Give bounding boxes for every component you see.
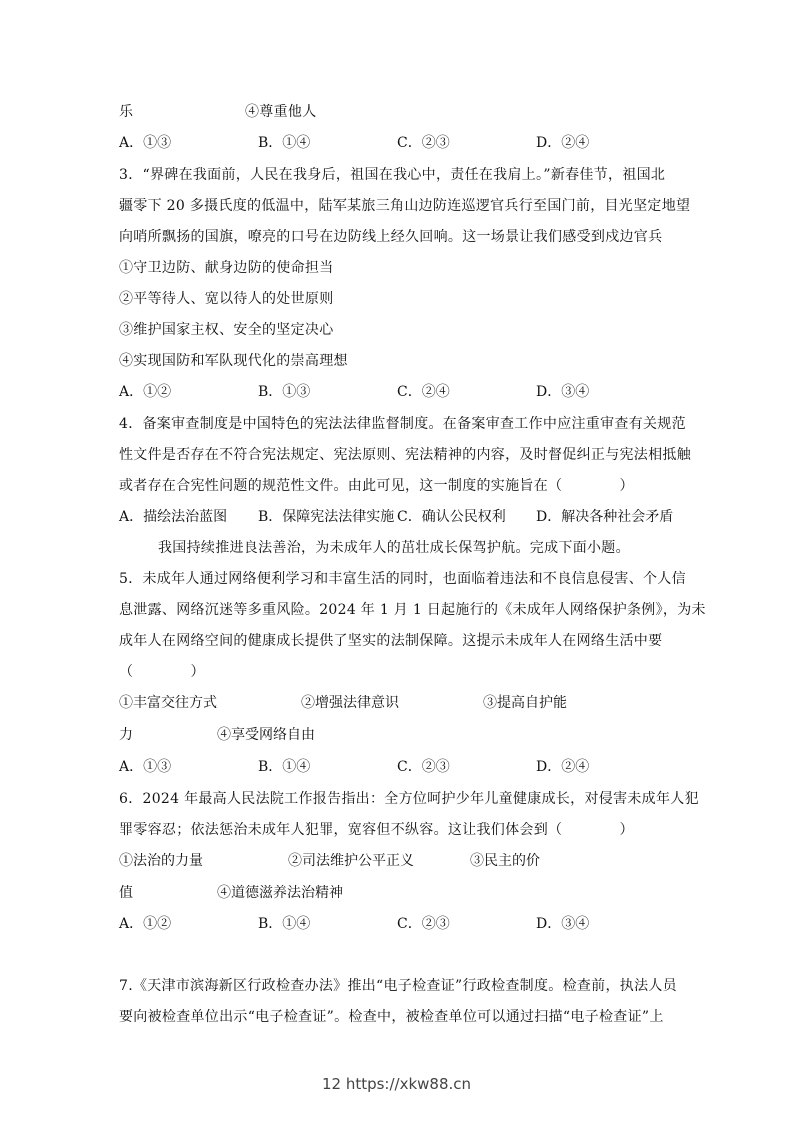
question-7-stem-line: 要向被检查单位出示“电子检查证”。检查中，被检查单位可以通过扫描“电子检查证”上 [119, 1007, 664, 1027]
question-6-item-4: ④道德滋养法治精神 [217, 883, 343, 903]
question-3-stem-line: 疆零下 20 多摄氏度的低温中，陆军某旅三角山边防连巡逻官兵行至国门前，目光坚定… [119, 196, 690, 216]
page-footer: 12 https://xkw88.cn [0, 1072, 793, 1096]
option-b: B．①④ [258, 757, 310, 777]
option-b: B．保障宪法法律实施 [258, 507, 394, 527]
question-3-stem-line: 向哨所飘扬的国旗，嘹亮的口号在边防线上经久回响。这一场景让我们感受到戍边官兵 [119, 227, 662, 247]
question-4-stem-line: 性文件是否存在不符合宪法规定、宪法原则、宪法精神的内容，及时督促纠正与宪法相抵触 [119, 445, 691, 465]
question-3-item-1: ①守卫边防、献身边防的使命担当 [119, 258, 334, 278]
option-d: D．解决各种社会矛盾 [536, 507, 673, 527]
carryover-text: 乐 [119, 104, 133, 120]
option-c: C．②④ [397, 382, 450, 402]
option-c: C．②③ [397, 133, 450, 153]
option-a: A．①③ [119, 133, 171, 153]
question-6-item-2: ②司法维护公平正义 [288, 851, 414, 871]
option-a: A．①③ [119, 757, 171, 777]
question-4-stem-line: 4．备案审查制度是中国特色的宪法法律监督制度。在备案审查工作中应注重审查有关规范 [119, 414, 686, 434]
option-a: A．描绘法治蓝图 [119, 507, 227, 527]
question-3-stem-line: 3．“界碑在我面前，人民在我身后，祖国在我心中，责任在我肩上。”新春佳节，祖国北 [119, 165, 665, 185]
option-c: C．②③ [397, 757, 450, 777]
question-6-item-1: ①法治的力量 [119, 851, 203, 871]
answer-blank: （ ） [119, 662, 205, 682]
carryover-item-4: ④尊重他人 [245, 102, 317, 122]
option-a: A．①② [119, 382, 171, 402]
carryover-item-line: 乐 ④尊重他人 [119, 102, 133, 122]
question-5-item-3-cont: 力 [119, 725, 133, 745]
option-d: D．③④ [536, 914, 589, 934]
question-3-item-3: ③维护国家主权、安全的坚定决心 [119, 320, 334, 340]
question-5-stem-line: 5．未成年人通过网络便利学习和丰富生活的同时，也面临着违法和不良信息侵害、个人信 [119, 569, 686, 589]
question-5-item-1: ①丰富交往方式 [119, 693, 217, 713]
question-6-item-3: ③民主的价 [470, 851, 540, 871]
question-6-stem-line: 6．2024 年最高人民法院工作报告指出：全方位呵护少年儿童健康成长，对侵害未成… [119, 789, 699, 809]
question-3-item-2: ②平等待人、宽以待人的处世原则 [119, 289, 334, 309]
question-6-stem-line: 罪零容忍；依法惩治未成年人犯罪，宽容但不纵容。这让我们体会到（ ） [119, 820, 634, 840]
option-d: D．②④ [536, 757, 589, 777]
question-3-item-4: ④实现国防和军队现代化的崇高理想 [119, 351, 348, 371]
question-4-stem-line: 或者存在合宪性问题的规范性文件。由此可见，这一制度的实施旨在（ ） [119, 476, 634, 496]
question-5-stem-line: 息泄露、网络沉迷等多重风险。2024 年 1 月 1 日起施行的《未成年人网络保… [119, 600, 706, 620]
question-5-item-4: ④享受网络自由 [217, 725, 315, 745]
option-b: B．①④ [258, 914, 310, 934]
section-intro: 我国持续推进良法善治，为未成年人的茁壮成长保驾护航。完成下面小题。 [158, 538, 630, 558]
option-d: D．③④ [536, 382, 589, 402]
question-5-item-2: ②增强法律意识 [301, 693, 399, 713]
option-c: C．②③ [397, 914, 450, 934]
question-5-item-3: ③提高自护能 [483, 693, 567, 713]
option-a: A．①② [119, 914, 171, 934]
option-c: C．确认公民权利 [397, 507, 506, 527]
option-b: B．①④ [258, 133, 310, 153]
option-b: B．①③ [258, 382, 310, 402]
question-7-stem-line: 7.《天津市滨海新区行政检查办法》推出“电子检查证”行政检查制度。检查前，执法人… [119, 976, 677, 996]
option-d: D．②④ [536, 133, 589, 153]
question-6-item-3-cont: 值 [119, 883, 133, 903]
question-5-stem-line: 成年人在网络空间的健康成长提供了坚实的法制保障。这提示未成年人在网络生活中要 [119, 631, 662, 651]
